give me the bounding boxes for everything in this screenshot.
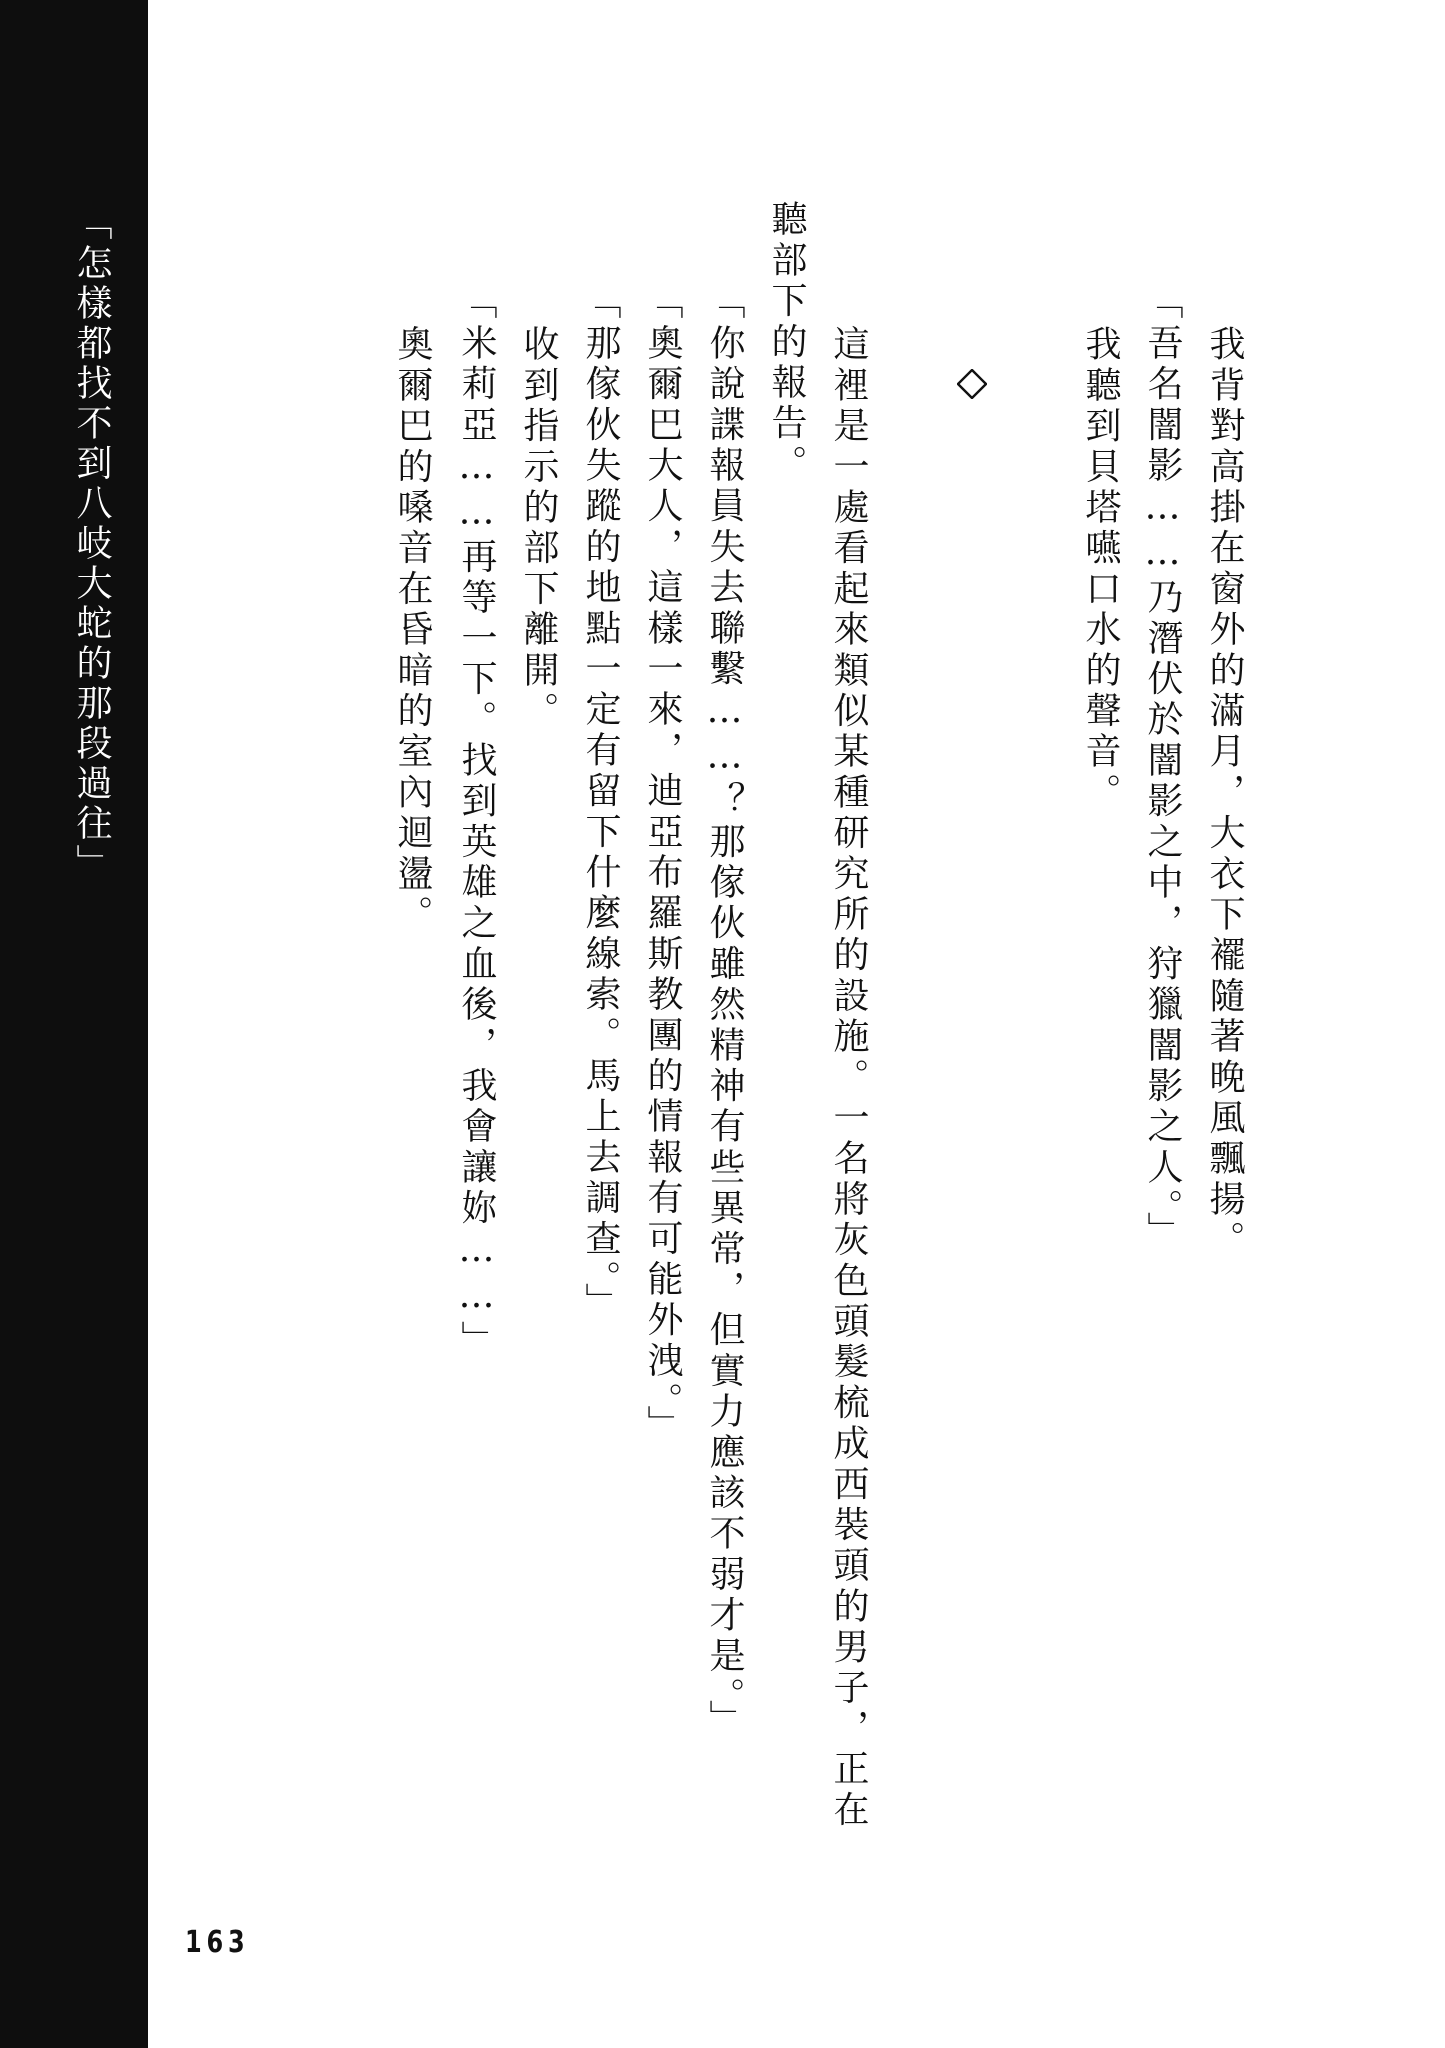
text-column-9: 收到指示的部下離開。: [516, 325, 560, 732]
page-body: 我背對高掛在窗外的滿月，大衣下襬隨著晚風飄揚。 「吾名闇影……乃潛伏於闇影之中，…: [0, 0, 1445, 2048]
page-number: 163: [185, 1925, 250, 1960]
text-column-6: 「你說諜報員失去聯繫……？那傢伙雖然精神有些異常，但實力應該不弱才是。」: [702, 283, 746, 1740]
text-column-3: 我聽到貝塔嚥口水的聲音。: [1078, 325, 1122, 813]
text-column-5: 聽部下的報告。: [764, 200, 808, 485]
text-column-10: 「米莉亞……再等一下。找到英雄之血後，我會讓妳……」: [454, 283, 498, 1361]
text-column-2: 「吾名闇影……乃潛伏於闇影之中，狩獵闇影之人。」: [1140, 283, 1184, 1252]
text-column-1: 我背對高掛在窗外的滿月，大衣下襬隨著晚風飄揚。: [1202, 325, 1246, 1261]
text-column-11: 奧爾巴的嗓音在昏暗的室內迴盪。: [390, 325, 434, 936]
text-column-8: 「那傢伙失蹤的地點一定有留下什麼線索。馬上去調查。」: [578, 283, 622, 1323]
diamond-separator-icon: [957, 369, 987, 399]
text-column-4: 這裡是一處看起來類似某種研究所的設施。一名將灰色頭髮梳成西裝頭的男子，正在: [826, 325, 870, 1831]
text-column-7: 「奧爾巴大人，這樣一來，迪亞布羅斯教團的情報有可能外洩。」: [640, 283, 684, 1445]
